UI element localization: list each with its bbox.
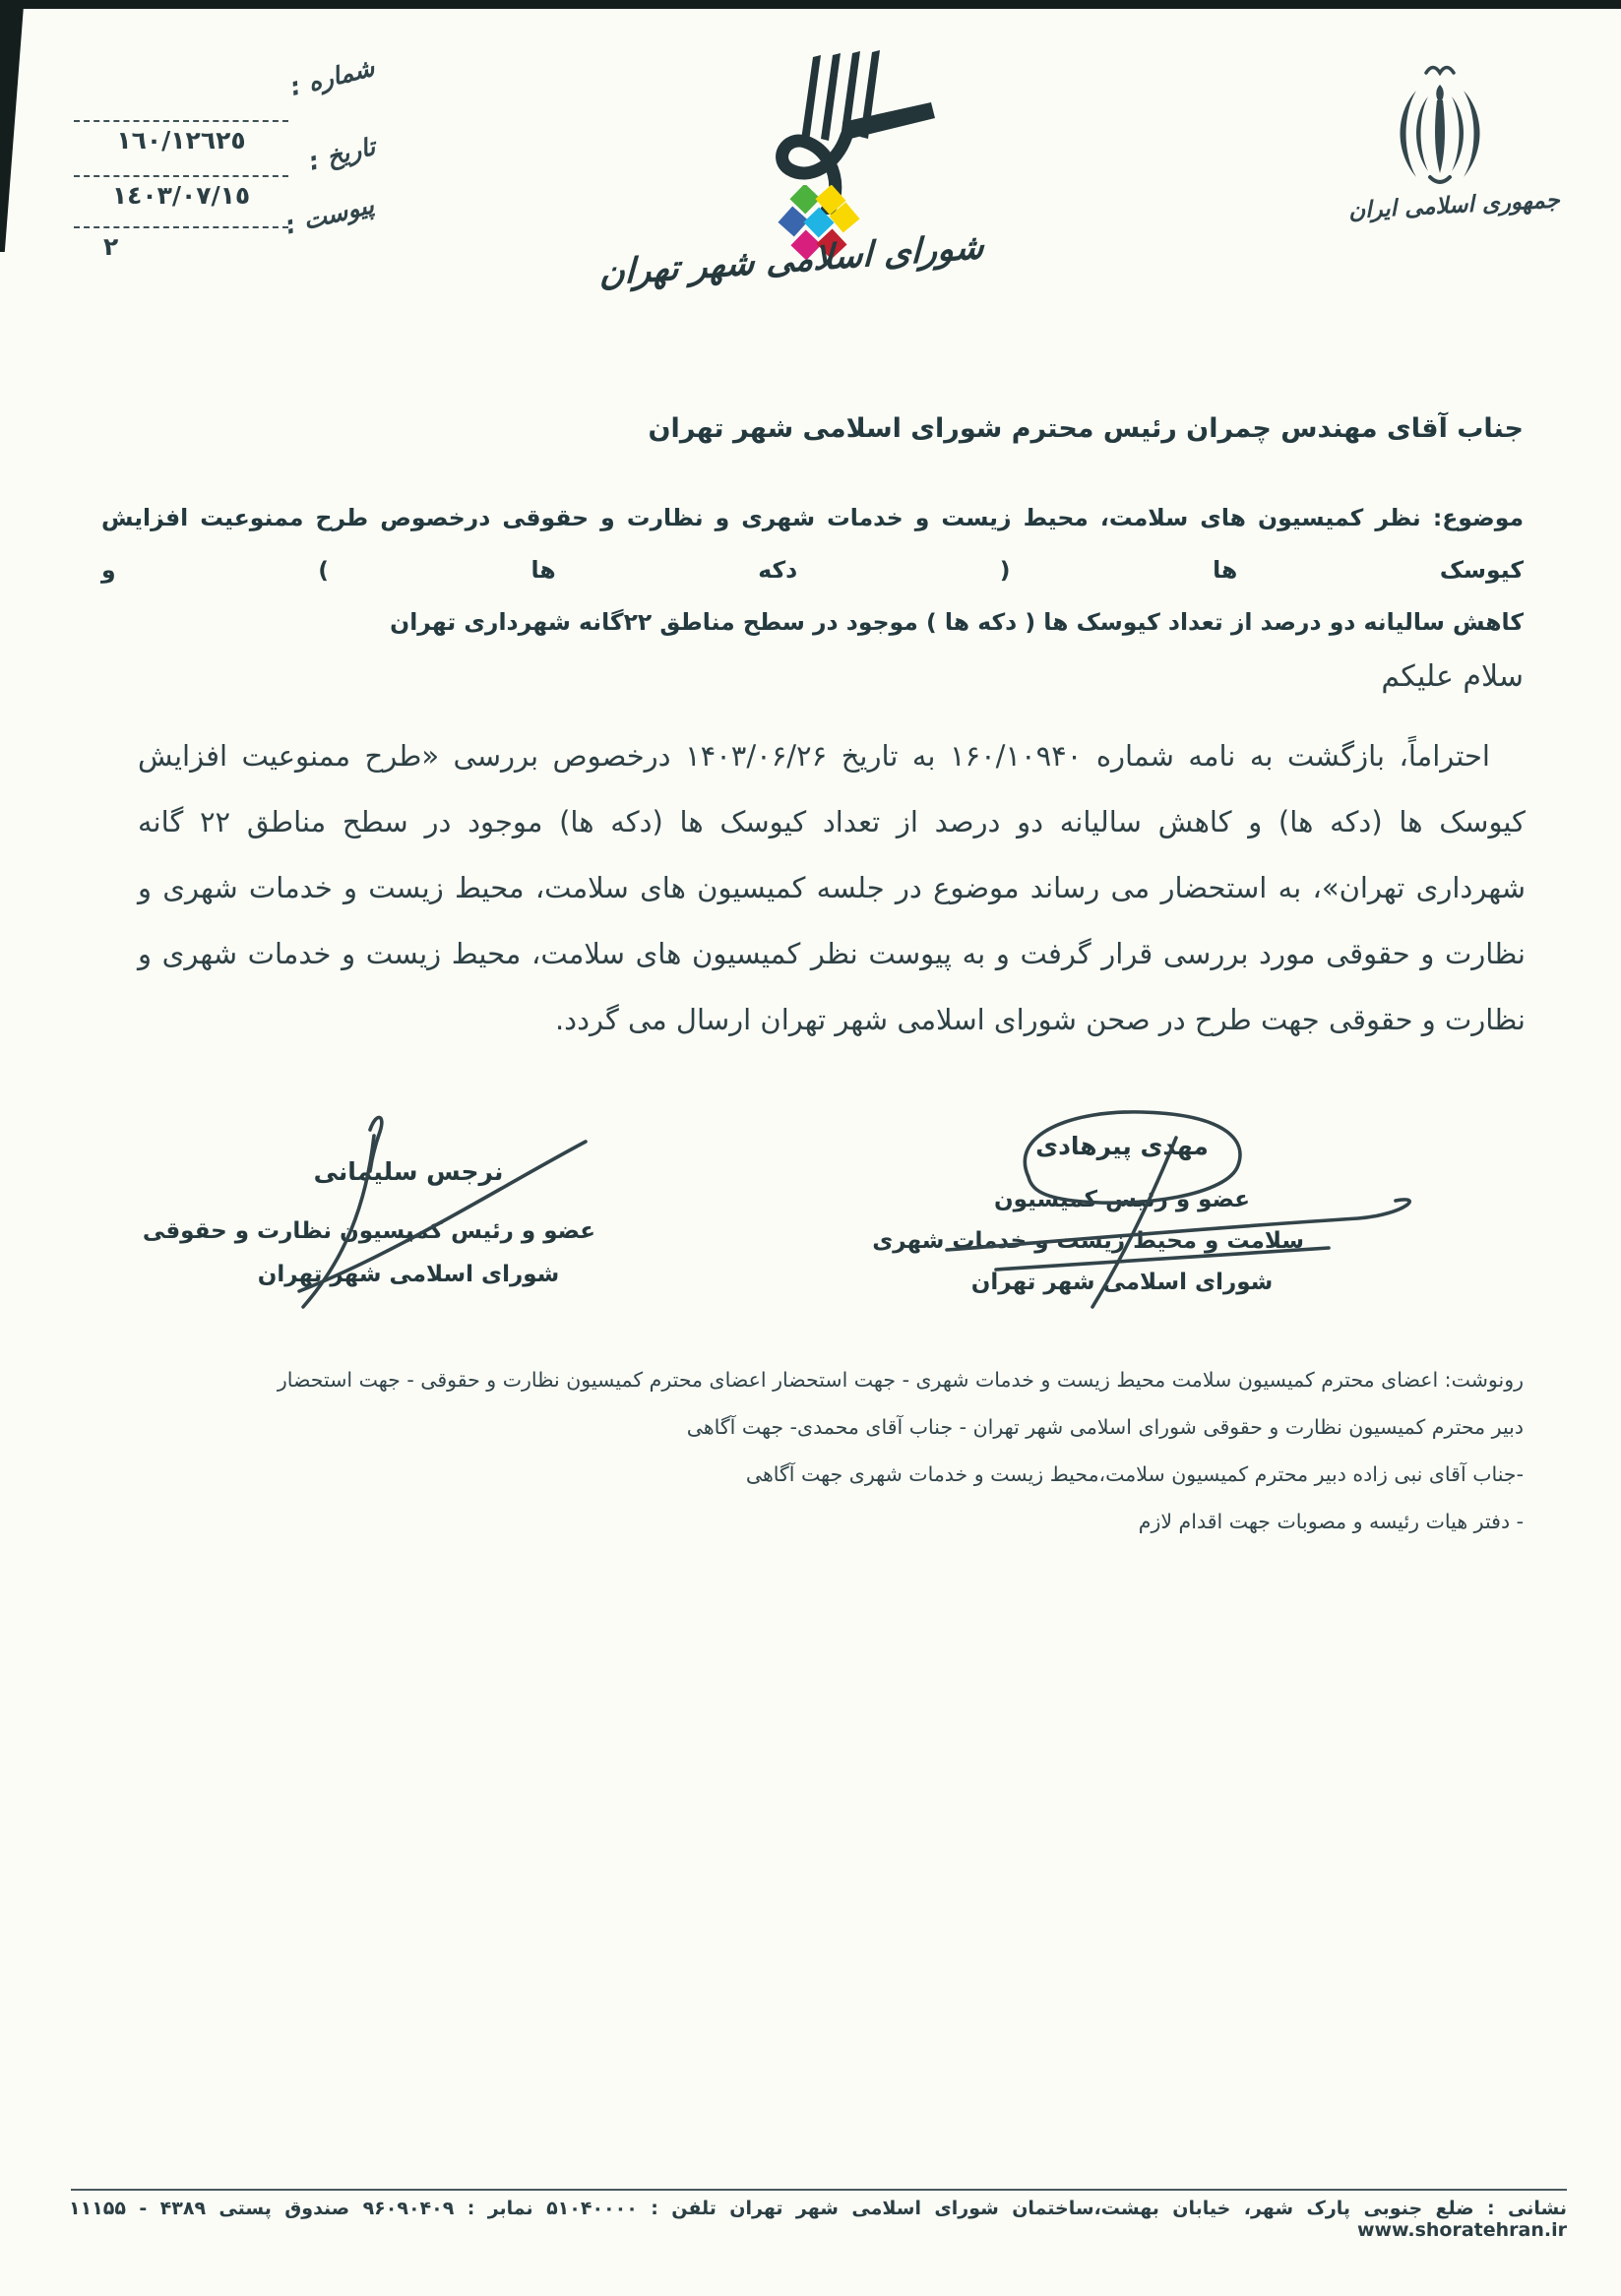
iran-emblem: جمهوری اسلامی ایران xyxy=(1324,57,1585,249)
iran-emblem-icon xyxy=(1371,57,1509,195)
council-logo: شورای اسلامی شهر تهران xyxy=(620,35,984,331)
signature-right-role-1: عضو و رئیس کمیسیون xyxy=(940,1187,1304,1212)
cc-line-2: دبیر محترم کمیسیون نظارت و حقوقی شورای ا… xyxy=(138,1403,1524,1451)
subject-line-1: موضوع: نظر کمیسیون های سلامت، محیط زیست … xyxy=(101,492,1524,596)
cc-line-4: - دفتر هیات رئیسه و مصوبات جهت اقدام لاز… xyxy=(138,1498,1524,1545)
signature-right-role-3: شورای اسلامی شهر تهران xyxy=(940,1270,1304,1295)
scan-artifact-top-edge xyxy=(0,0,1621,9)
cc-line-3: -جناب آقای نبی زاده دبیر محترم کمیسیون س… xyxy=(138,1451,1524,1498)
scanned-letter-page: { "colors": { "ink": "#2e4145", "scan_ed… xyxy=(0,0,1621,2296)
signature-left-role-2: شورای اسلامی شهر تهران xyxy=(221,1262,595,1287)
signature-right-role-2: سلامت و محیط زیست و خدمات شهری xyxy=(940,1228,1304,1254)
reference-block: شماره : ١٦٠/١٢٦٢٥ تاریخ : ١٤٠٣/٠٧/١٥ پیو… xyxy=(74,57,369,283)
body-line-4: نظارت و حقوقی مورد بررسی قرار گرفت و به … xyxy=(138,921,1526,987)
signature-left-name: نرجس سلیمانی xyxy=(221,1157,595,1186)
letter-body: احتراماً، بازگشت به نامه شماره ۱۶۰/۱۰۹۴۰… xyxy=(138,723,1526,1053)
footer-address: نشانی : ضلع جنوبی پارک شهر، خیابان بهشت،… xyxy=(69,2198,1567,2241)
date-value: ١٤٠٣/٠٧/١٥ xyxy=(74,181,288,210)
cc-line-1: رونوشت: اعضای محترم کمیسیون سلامت محیط ز… xyxy=(138,1356,1524,1403)
subject-line-2: کاهش سالیانه دو درصد از تعداد کیوسک ها (… xyxy=(101,596,1524,649)
footer-divider xyxy=(71,2189,1567,2191)
attachment-line xyxy=(74,226,288,228)
attachment-label: پیوست : xyxy=(282,190,377,239)
date-line xyxy=(74,175,288,177)
iran-emblem-caption: جمهوری اسلامی ایران xyxy=(1324,186,1586,225)
attachment-value: ۲ xyxy=(74,232,288,261)
reference-number-label: شماره : xyxy=(287,53,377,101)
signature-right-name: مهدی پیرهادی xyxy=(940,1132,1304,1160)
cc-block: رونوشت: اعضای محترم کمیسیون سلامت محیط ز… xyxy=(138,1356,1524,1545)
signature-block-right: مهدی پیرهادی عضو و رئیس کمیسیون سلامت و … xyxy=(940,1132,1304,1309)
recipient-line: جناب آقای مهندس چمران رئیس محترم شورای ا… xyxy=(98,413,1524,444)
signature-block-left: نرجس سلیمانی عضو و رئیس کمیسیون نظارت و … xyxy=(221,1157,595,1295)
signature-left-role-1: عضو و رئیس کمیسیون نظارت و حقوقی xyxy=(221,1218,595,1244)
scan-artifact-left-edge xyxy=(0,6,24,252)
body-line-5: نظارت و حقوقی جهت طرح در صحن شورای اسلام… xyxy=(138,987,1526,1053)
body-line-1: احتراماً، بازگشت به نامه شماره ۱۶۰/۱۰۹۴۰… xyxy=(138,723,1526,789)
reference-number-value: ١٦٠/١٢٦٢٥ xyxy=(74,126,288,155)
date-label: تاریخ : xyxy=(305,132,377,176)
body-line-3: شهرداری تهران»، به استحضار می رساند موضو… xyxy=(138,855,1526,921)
body-line-2: کیوسک ها (دکه ها) و کاهش سالیانه دو درصد… xyxy=(138,789,1526,855)
reference-number-line xyxy=(74,120,288,122)
greeting-line: سلام علیکم xyxy=(101,659,1524,694)
subject-block: موضوع: نظر کمیسیون های سلامت، محیط زیست … xyxy=(101,492,1524,649)
